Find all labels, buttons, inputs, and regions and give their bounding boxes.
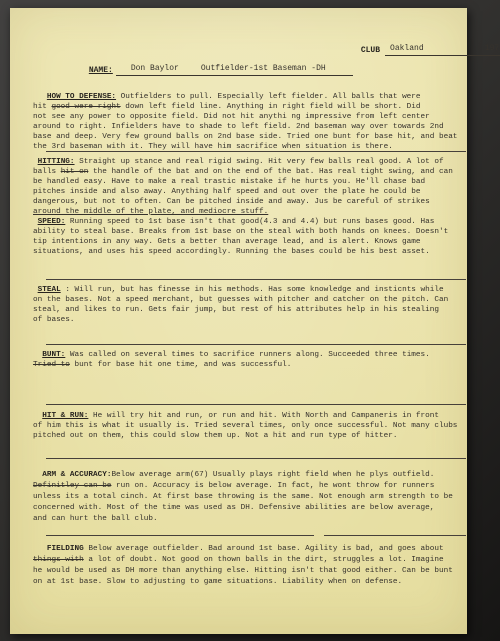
- section-divider: [46, 404, 466, 405]
- name-underline: Don BaylorOutfielder-1st Baseman -DH: [116, 64, 353, 76]
- section-divider: [46, 458, 466, 459]
- report-text: : Will run, but has finesse in his metho…: [61, 286, 444, 294]
- report-text: Running speed to 1st base isn't that goo…: [65, 218, 434, 226]
- section-hitrun: HIT & RUN: He will try hit and run, or r…: [33, 411, 465, 441]
- report-line: not see any power to opposite field. Did…: [33, 112, 465, 122]
- report-line: and can hurt the ball club.: [33, 514, 465, 525]
- report-text: Below average arm(67) Usually plays righ…: [111, 471, 434, 479]
- club-label: CLUB: [361, 46, 380, 55]
- report-text: balls: [33, 168, 61, 176]
- report-line: base and deep. Very few ground balls on …: [33, 132, 465, 142]
- section-label: SPEED:: [38, 218, 66, 226]
- report-text: concerned with. Most of the time was use…: [33, 504, 434, 512]
- struck-text: good were right: [51, 103, 120, 111]
- report-text: around the middle of the plate, and medi…: [33, 208, 268, 216]
- section-bunt: BUNT: Was called on several times to sac…: [33, 350, 465, 370]
- report-line: ability to steal base. Breaks from 1st b…: [33, 227, 465, 237]
- report-text: a lot of doubt. Not good on thown balls …: [84, 556, 444, 564]
- report-text: base and deep. Very few ground balls on …: [33, 133, 457, 141]
- report-line: Tried to bunt for base hit one time, and…: [33, 360, 465, 370]
- report-text: He will try hit and run, or run and hit.…: [88, 412, 439, 420]
- report-line: unless its a total cinch. At first base …: [33, 492, 465, 503]
- section-divider: [46, 344, 466, 345]
- report-line: STEAL : Will run, but has finesse in his…: [33, 285, 465, 295]
- report-line: he would be used as DH more than anythin…: [33, 566, 465, 577]
- section-label: HITTING:: [38, 158, 75, 166]
- report-text: steal, and likes to run. Gets fair jump,…: [33, 306, 439, 314]
- report-line: on the bases. Not a speed merchant, but …: [33, 295, 465, 305]
- report-line: balls hit on the handle of the bat and o…: [33, 167, 465, 177]
- report-line: dangerous, but not to often. Can be pitc…: [33, 197, 465, 207]
- report-text: situations, and uses his speed according…: [33, 248, 430, 256]
- report-text: [33, 471, 42, 479]
- club-underline: Oakland1976: [385, 44, 500, 56]
- report-text: the 3rd baseman with it. They will have …: [33, 143, 393, 151]
- report-line: SPEED: Running speed to 1st base isn't t…: [33, 217, 465, 227]
- section-label: BUNT:: [42, 351, 65, 359]
- report-text: bunt for base hit one time, and was succ…: [70, 361, 291, 369]
- section-label: HOW TO DEFENSE:: [47, 93, 116, 101]
- section-defense: HOW TO DEFENSE: Outfielders to pull. Esp…: [33, 92, 465, 152]
- section-divider: [46, 151, 466, 152]
- report-text: pitched out on them, this could slow the…: [33, 432, 397, 440]
- report-text: hit: [33, 103, 51, 111]
- struck-text: things with: [33, 556, 84, 564]
- report-text: [33, 93, 47, 101]
- report-line: situations, and uses his speed according…: [33, 247, 465, 257]
- report-text: he would be used as DH more than anythin…: [33, 567, 453, 575]
- report-text: on the bases. Not a speed merchant, but …: [33, 296, 448, 304]
- club-value: Oakland: [390, 44, 424, 54]
- report-text: not see any power to opposite field. Did…: [33, 113, 430, 121]
- section-divider: [324, 535, 466, 536]
- section-divider: [46, 279, 466, 280]
- report-line: on at 1st base. Slow to adjusting to gam…: [33, 577, 465, 588]
- report-line: HITTING: Straight up stance and real rig…: [33, 157, 465, 167]
- section-label: FIELDING: [47, 545, 84, 553]
- report-line: steal, and likes to run. Gets fair jump,…: [33, 305, 465, 315]
- report-text: [33, 545, 47, 553]
- report-text: run on. Accuracy is below average. In fa…: [111, 482, 434, 490]
- report-line: HIT & RUN: He will try hit and run, or r…: [33, 411, 465, 421]
- report-line: pitched out on them, this could slow the…: [33, 431, 465, 441]
- report-text: on at 1st base. Slow to adjusting to gam…: [33, 578, 402, 586]
- report-line: Definitley can be run on. Accuracy is be…: [33, 481, 465, 492]
- report-text: [33, 412, 42, 420]
- section-label: HIT & RUN:: [42, 412, 88, 420]
- report-text: dangerous, but not to often. Can be pitc…: [33, 198, 430, 206]
- report-line: BUNT: Was called on several times to sac…: [33, 350, 465, 360]
- player-position: Outfielder-1st Baseman -DH: [201, 64, 326, 74]
- player-name: Don Baylor: [131, 64, 179, 74]
- report-text: Was called on several times to sacrifice…: [65, 351, 429, 359]
- report-text: around to right. Infielders have to shad…: [33, 123, 444, 131]
- report-text: [33, 351, 42, 359]
- scouting-report-page: CLUBOakland1976 NAME:Don BaylorOutfielde…: [10, 8, 467, 634]
- report-text: be handled easy. Have to make a real tra…: [33, 178, 425, 186]
- report-line: be handled easy. Have to make a real tra…: [33, 177, 465, 187]
- report-line: of bases.: [33, 315, 465, 325]
- report-line: hit good were right down left field line…: [33, 102, 465, 112]
- report-text: of bases.: [33, 316, 75, 324]
- report-text: Straight up stance and real rigid swing.…: [75, 158, 444, 166]
- section-fielding: FIELDING Below average outfielder. Bad a…: [33, 544, 465, 588]
- report-text: Outfielders to pull. Especially left fie…: [116, 93, 420, 101]
- report-line: of him this is what it usually is. Tried…: [33, 421, 465, 431]
- club-year: 1976: [485, 44, 500, 54]
- report-text: unless its a total cinch. At first base …: [33, 493, 453, 501]
- name-label: NAME:: [89, 66, 113, 75]
- section-label: ARM & ACCURACY:: [42, 471, 111, 479]
- report-line: around the middle of the plate, and medi…: [33, 207, 465, 217]
- struck-text: Tried to: [33, 361, 70, 369]
- section-arm: ARM & ACCURACY:Below average arm(67) Usu…: [33, 470, 465, 525]
- report-line: pitches inside and also away. Anything h…: [33, 187, 465, 197]
- report-line: ARM & ACCURACY:Below average arm(67) Usu…: [33, 470, 465, 481]
- name-row: NAME:Don BaylorOutfielder-1st Baseman -D…: [60, 54, 353, 86]
- struck-text: hit on: [61, 168, 89, 176]
- scan-background: CLUBOakland1976 NAME:Don BaylorOutfielde…: [0, 0, 500, 641]
- report-text: the handle of the bat and on the end of …: [88, 168, 452, 176]
- club-row: CLUBOakland1976: [332, 34, 500, 66]
- report-line: things with a lot of doubt. Not good on …: [33, 555, 465, 566]
- report-line: tip intentions in any way. Gets a better…: [33, 237, 465, 247]
- section-steal: STEAL : Will run, but has finesse in his…: [33, 285, 465, 325]
- report-text: tip intentions in any way. Gets a better…: [33, 238, 421, 246]
- report-text: pitches inside and also away. Anything h…: [33, 188, 421, 196]
- report-text: ability to steal base. Breaks from 1st b…: [33, 228, 448, 236]
- report-line: HOW TO DEFENSE: Outfielders to pull. Esp…: [33, 92, 465, 102]
- report-text: down left field line. Anything in right …: [121, 103, 421, 111]
- section-speed: SPEED: Running speed to 1st base isn't t…: [33, 217, 465, 257]
- struck-text: Definitley can be: [33, 482, 111, 490]
- report-text: and can hurt the ball club.: [33, 515, 158, 523]
- report-line: concerned with. Most of the time was use…: [33, 503, 465, 514]
- report-line: FIELDING Below average outfielder. Bad a…: [33, 544, 465, 555]
- report-text: Below average outfielder. Bad around 1st…: [84, 545, 444, 553]
- section-hitting: HITTING: Straight up stance and real rig…: [33, 157, 465, 217]
- section-label: STEAL: [38, 286, 61, 294]
- section-divider: [46, 535, 314, 536]
- report-line: around to right. Infielders have to shad…: [33, 122, 465, 132]
- report-text: of him this is what it usually is. Tried…: [33, 422, 457, 430]
